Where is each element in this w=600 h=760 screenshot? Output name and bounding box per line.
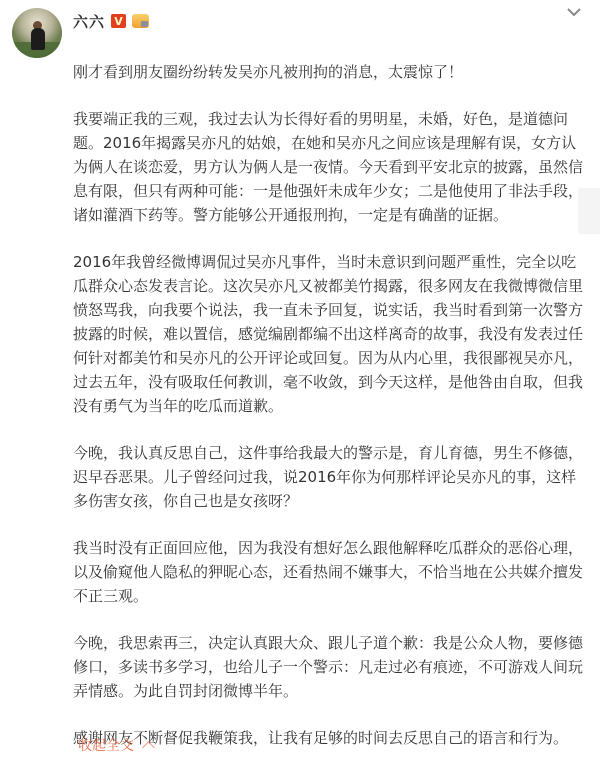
collapse-label: 收起全文 [78,735,134,755]
post-paragraph: 刚才看到朋友圈纷纷转发吴亦凡被刑拘的消息，太震惊了！ [73,60,588,84]
author-name[interactable]: 六六 [73,11,105,32]
chevron-down-icon[interactable] [566,6,582,18]
post-paragraph: 今晚，我认真反思自己，这件事给我最大的警示是，育儿育德，男生不修德，迟早吞恶果。… [73,441,588,513]
post-paragraph: 我当时没有正面回应他，因为我没有想好怎么跟他解释吃瓜群众的恶俗心理，以及偷窥他人… [73,536,588,608]
verified-badge-icon: V [111,14,126,28]
post-header: 六六 V [73,10,149,32]
level-badge-icon [132,14,149,28]
collapse-full-text-link[interactable]: 收起全文 [78,735,153,755]
post-content: 刚才看到朋友圈纷纷转发吴亦凡被刑拘的消息，太震惊了！ 我要端正我的三观，我过去认… [73,60,588,750]
post-paragraph: 2016年我曾经微博调侃过吴亦凡事件，当时未意识到问题严重性，完全以吃瓜群众心态… [73,250,588,418]
chevron-up-icon [142,741,155,754]
post-paragraph: 今晚，我思索再三，决定认真跟大众、跟儿子道个歉：我是公众人物，要修德修口，多读书… [73,631,588,703]
avatar[interactable] [12,8,62,58]
avatar-person [31,28,45,50]
post-paragraph: 我要端正我的三观，我过去认为长得好看的男明星，未婚，好色，是道德问题。2016年… [73,107,588,227]
